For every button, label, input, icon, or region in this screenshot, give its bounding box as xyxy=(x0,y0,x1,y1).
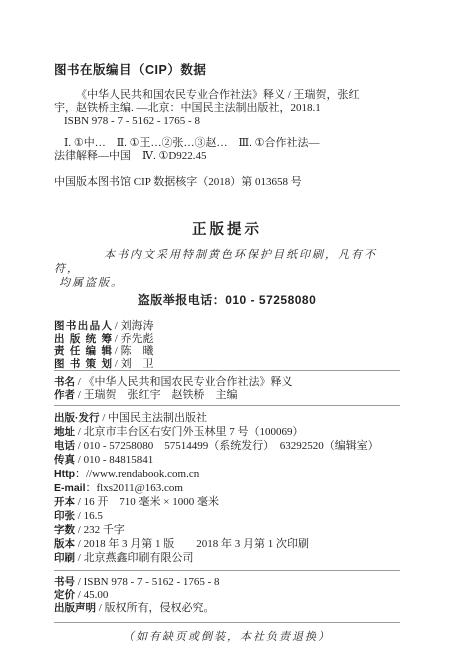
staff-row: 责任编辑 / 陈 曦 xyxy=(54,345,400,358)
label-separator: ： xyxy=(86,482,97,494)
staff-value: 刘海涛 xyxy=(121,320,154,332)
cip-description-line1: 《中华人民共和国农民专业合作社法》释义 / 王瑞贺，张红 xyxy=(54,89,400,102)
info-row: 字数 / 232 千字 xyxy=(54,523,400,537)
label-separator: / xyxy=(75,589,84,601)
label-separator: / xyxy=(75,524,84,536)
staff-label: 图书出品人 xyxy=(54,320,112,333)
info-row: 印张 / 16.5 xyxy=(54,509,400,523)
info-value: //www.rendabook.com.cn xyxy=(86,468,199,480)
label-separator: / xyxy=(75,552,84,564)
info-label: Http xyxy=(54,468,75,480)
info-value: 版权所有，侵权必究。 xyxy=(105,602,215,614)
cip-classification-line1: Ⅰ. ①中… Ⅱ. ①王…②张…③赵… Ⅲ. ①合作社法— xyxy=(54,137,400,150)
info-value: 《中华人民共和国农民专业合作社法》释义 xyxy=(84,376,293,388)
label-separator: / xyxy=(96,602,105,614)
info-value: 010 - 57258080 57514499（系统发行） 63292520（编… xyxy=(84,440,379,452)
label-separator: / xyxy=(75,538,84,550)
info-row: E-mail：flxs2011@163.com xyxy=(54,481,400,495)
staff-label: 出版统筹 xyxy=(54,333,112,346)
cip-section: 图书在版编目（CIP）数据 《中华人民共和国农民专业合作社法》释义 / 王瑞贺，… xyxy=(54,60,400,189)
label-separator: / xyxy=(75,389,84,401)
divider xyxy=(54,622,400,623)
staff-value: 刘 卫 xyxy=(121,358,154,370)
cip-isbn: ISBN 978 - 7 - 5162 - 1765 - 8 xyxy=(54,115,400,128)
info-label: 传真 xyxy=(54,454,75,466)
info-value: 010 - 84815841 xyxy=(84,454,154,466)
isbn-price-section: 书号 / ISBN 978 - 7 - 5162 - 1765 - 8 定价 /… xyxy=(54,576,400,615)
label-separator: / xyxy=(112,333,121,345)
label-separator: / xyxy=(75,496,84,508)
label-separator: / xyxy=(75,576,84,588)
label-separator: / xyxy=(112,358,121,370)
label-separator: / xyxy=(112,345,121,357)
info-row: 传真 / 010 - 84815841 xyxy=(54,453,400,467)
info-value: 王瑞贺 张红宇 赵铁桥 主编 xyxy=(84,389,238,401)
cip-classification-line2: 法律解释—中国 Ⅳ. ①D922.45 xyxy=(54,150,400,163)
label-separator: / xyxy=(75,510,84,522)
divider xyxy=(54,570,400,571)
info-label: 印张 xyxy=(54,510,75,522)
info-value: 北京市丰台区右安门外玉林里 7 号（100069） xyxy=(84,426,304,438)
footer-note: （如有缺页或倒装，本社负责退换） xyxy=(54,630,400,644)
staff-row: 图书出品人 / 刘海涛 xyxy=(54,320,400,333)
info-value: 232 千字 xyxy=(84,524,125,536)
info-label: 印刷 xyxy=(54,552,75,564)
label-separator: / xyxy=(75,426,84,438)
staff-value: 乔先彪 xyxy=(121,333,154,345)
staff-label: 图书策划 xyxy=(54,358,112,371)
staff-label: 责任编辑 xyxy=(54,345,112,358)
info-label: 书号 xyxy=(54,576,75,588)
info-row: 电话 / 010 - 57258080 57514499（系统发行） 63292… xyxy=(54,439,400,453)
info-value: ISBN 978 - 7 - 5162 - 1765 - 8 xyxy=(84,576,220,588)
info-label: 定价 xyxy=(54,589,75,601)
label-separator: ： xyxy=(75,468,86,480)
info-row: Http：//www.rendabook.com.cn xyxy=(54,467,400,481)
info-row: 书号 / ISBN 978 - 7 - 5162 - 1765 - 8 xyxy=(54,576,400,589)
info-value: 45.00 xyxy=(84,589,109,601)
info-value: flxs2011@163.com xyxy=(97,482,183,494)
divider xyxy=(54,370,400,371)
label-separator: / xyxy=(100,412,109,424)
info-row: 作者 / 王瑞贺 张红宇 赵铁桥 主编 xyxy=(54,389,400,402)
info-value: 2018 年 3 月第 1 版 2018 年 3 月第 1 次印刷 xyxy=(84,538,310,550)
info-label: 书名 xyxy=(54,376,75,388)
piracy-notice-body-line1: 本书内文采用特制黄色环保护目纸印刷，凡有不符， xyxy=(54,248,400,276)
piracy-notice-body-line2: 均属盗版。 xyxy=(54,276,400,290)
info-value: 中国民主法制出版社 xyxy=(108,412,207,424)
info-label: 出版声明 xyxy=(54,602,96,614)
book-title-section: 书名 / 《中华人民共和国农民专业合作社法》释义 作者 / 王瑞贺 张红宇 赵铁… xyxy=(54,376,400,401)
publishing-info-section: 出版·发行 / 中国民主法制出版社 地址 / 北京市丰台区右安门外玉林里 7 号… xyxy=(54,411,400,565)
cip-heading: 图书在版编目（CIP）数据 xyxy=(54,60,400,78)
info-label: 出版·发行 xyxy=(54,412,100,424)
divider xyxy=(54,405,400,406)
info-row: 出版声明 / 版权所有，侵权必究。 xyxy=(54,602,400,615)
staff-row: 出版统筹 / 乔先彪 xyxy=(54,333,400,346)
info-row: 书名 / 《中华人民共和国农民专业合作社法》释义 xyxy=(54,376,400,389)
info-row: 定价 / 45.00 xyxy=(54,589,400,602)
info-label: E-mail xyxy=(54,482,86,494)
info-value: 16 开 710 毫米 × 1000 毫米 xyxy=(84,496,219,508)
info-label: 地址 xyxy=(54,426,75,438)
label-separator: / xyxy=(75,376,84,388)
piracy-hotline: 盗版举报电话：010 - 57258080 xyxy=(54,293,400,308)
info-row: 出版·发行 / 中国民主法制出版社 xyxy=(54,411,400,425)
info-row: 版本 / 2018 年 3 月第 1 版 2018 年 3 月第 1 次印刷 xyxy=(54,537,400,551)
info-label: 开本 xyxy=(54,496,75,508)
info-label: 作者 xyxy=(54,389,75,401)
staff-row: 图书策划 / 刘 卫 xyxy=(54,358,400,371)
info-value: 北京燕鑫印刷有限公司 xyxy=(84,552,194,564)
info-row: 开本 / 16 开 710 毫米 × 1000 毫米 xyxy=(54,495,400,509)
cip-description-line2: 宇，赵铁桥主编. —北京：中国民主法制出版社，2018.1 xyxy=(54,102,400,115)
info-label: 电话 xyxy=(54,440,75,452)
label-separator: / xyxy=(75,440,84,452)
staff-value: 陈 曦 xyxy=(121,345,154,357)
info-label: 版本 xyxy=(54,538,75,550)
copyright-page: 图书在版编目（CIP）数据 《中华人民共和国农民专业合作社法》释义 / 王瑞贺，… xyxy=(54,0,400,644)
piracy-notice: 正版提示 本书内文采用特制黄色环保护目纸印刷，凡有不符， 均属盗版。 盗版举报电… xyxy=(54,218,400,308)
label-separator: / xyxy=(112,320,121,332)
info-row: 地址 / 北京市丰台区右安门外玉林里 7 号（100069） xyxy=(54,425,400,439)
staff-section: 图书出品人 / 刘海涛 出版统筹 / 乔先彪 责任编辑 / 陈 曦 图书策划 /… xyxy=(54,320,400,370)
info-value: 16.5 xyxy=(84,510,103,522)
info-row: 印刷 / 北京燕鑫印刷有限公司 xyxy=(54,551,400,565)
label-separator: / xyxy=(75,454,84,466)
piracy-notice-title: 正版提示 xyxy=(54,218,400,239)
cip-registry-number: 中国版本图书馆 CIP 数据核字（2018）第 013658 号 xyxy=(54,176,400,189)
info-label: 字数 xyxy=(54,524,75,536)
